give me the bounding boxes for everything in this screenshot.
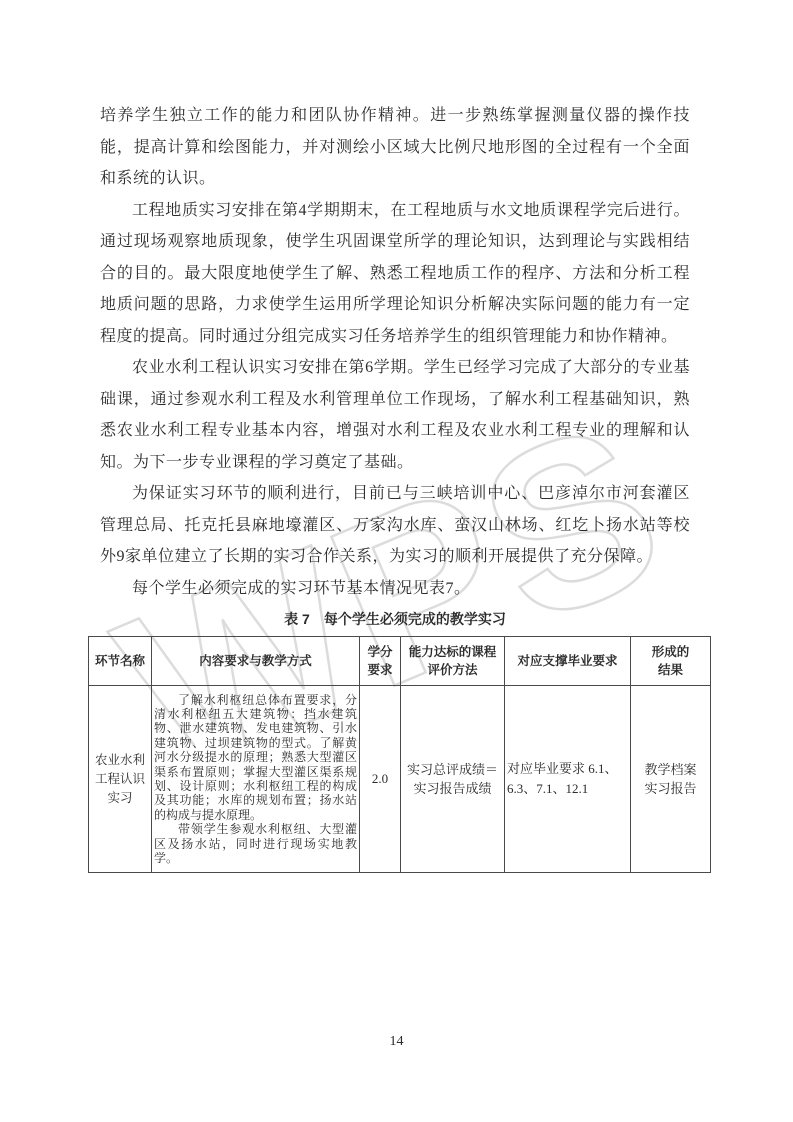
cell-stage-name: 农业水利 工程认识 实习	[89, 686, 152, 873]
table-row: 农业水利 工程认识 实习 了解水利枢纽总体布置要求，分清水利枢纽五大建筑物：挡水…	[89, 686, 711, 873]
col-header-content-requirements: 内容要求与教学方式	[152, 637, 360, 686]
paragraph-5: 每个学生必须完成的实习环节基本情况见表7。	[100, 573, 690, 605]
cell-content-paragraph-1: 了解水利枢纽总体布置要求，分清水利枢纽五大建筑物：挡水建筑物、泄水建筑物、发电建…	[154, 693, 357, 823]
cell-content-paragraph-2: 带领学生参观水利枢纽、大型灌区及扬水站，同时进行现场实地教学。	[154, 822, 357, 865]
cell-evaluation-method: 实习总评成绩＝ 实习报告成绩	[401, 686, 505, 873]
document-page: WPS 培养学生独立工作的能力和团队协作精神。进一步熟练掌握测量仪器的操作技能，…	[0, 0, 793, 1122]
paragraph-3: 农业水利工程认识实习安排在第6学期。学生已经学习完成了大部分的专业基础课，通过参…	[100, 352, 690, 478]
col-header-evaluation-method: 能力达标的课程 评价方法	[401, 637, 505, 686]
table-header-row: 环节名称 内容要求与教学方式 学分 要求 能力达标的课程 评价方法 对应支撑毕业…	[89, 637, 711, 686]
col-header-graduation-requirements: 对应支撑毕业要求	[505, 637, 631, 686]
table-caption: 表 7 每个学生必须完成的教学实习	[100, 609, 690, 630]
cell-results: 教学档案 实习报告	[631, 686, 711, 873]
col-header-stage-name: 环节名称	[89, 637, 152, 686]
cell-graduation-requirements: 对应毕业要求 6.1、 6.3、7.1、12.1	[505, 686, 631, 873]
col-header-credits: 学分 要求	[360, 637, 401, 686]
page-content: 培养学生独立工作的能力和团队协作精神。进一步熟练掌握测量仪器的操作技能，提高计算…	[100, 100, 690, 873]
cell-credits: 2.0	[360, 686, 401, 873]
cell-content-requirements: 了解水利枢纽总体布置要求，分清水利枢纽五大建筑物：挡水建筑物、泄水建筑物、发电建…	[152, 686, 360, 873]
col-header-results: 形成的 结果	[631, 637, 711, 686]
paragraph-1: 培养学生独立工作的能力和团队协作精神。进一步熟练掌握测量仪器的操作技能，提高计算…	[100, 100, 690, 195]
page-number: 14	[0, 1034, 793, 1050]
internship-table: 环节名称 内容要求与教学方式 学分 要求 能力达标的课程 评价方法 对应支撑毕业…	[88, 636, 711, 873]
paragraph-2: 工程地质实习安排在第4学期期末，在工程地质与水文地质课程学完后进行。通过现场观察…	[100, 195, 690, 353]
paragraph-4: 为保证实习环节的顺利进行，目前已与三峡培训中心、巴彦淖尔市河套灌区管理总局、托克…	[100, 478, 690, 573]
